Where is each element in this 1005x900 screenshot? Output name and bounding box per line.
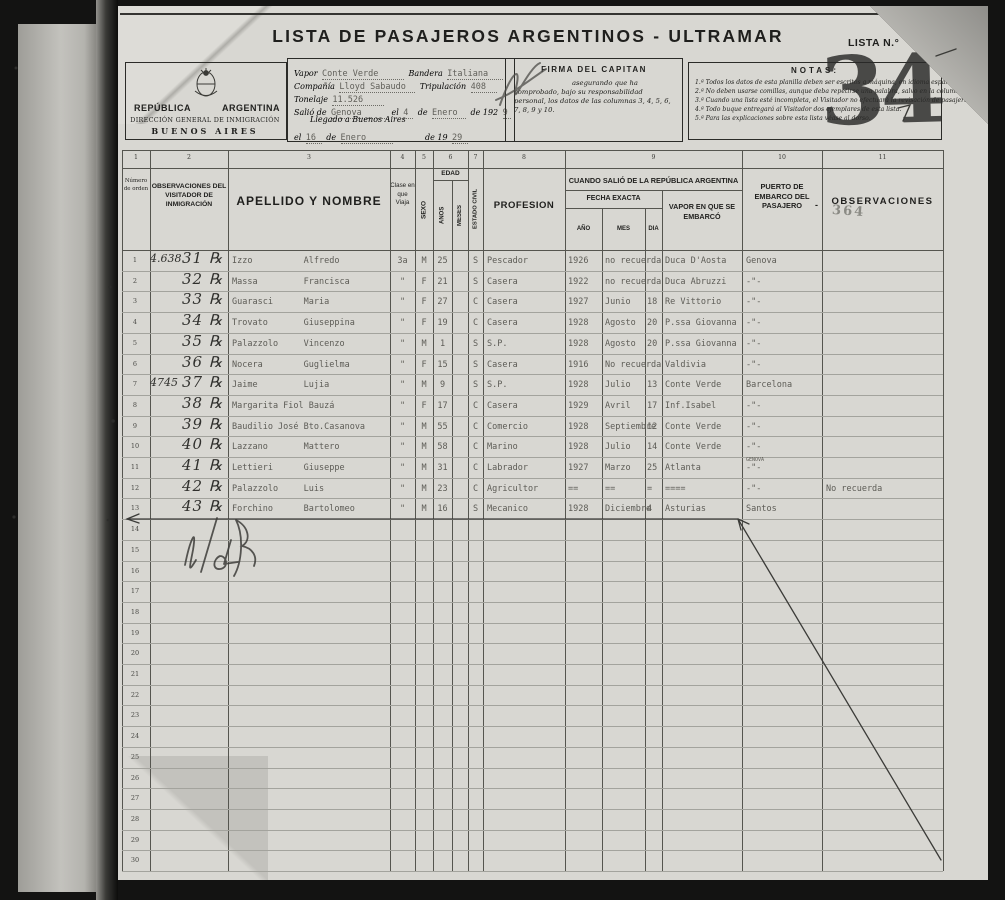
cell-prof: Labrador bbox=[487, 463, 528, 473]
column-number: 5 bbox=[415, 154, 433, 161]
captain-signature-box: FIRMA DEL CAPITAN asegurando que ha comp… bbox=[505, 58, 683, 142]
grid-hline bbox=[122, 457, 943, 458]
cell-name: Forchino Bartolomeo bbox=[232, 504, 355, 514]
cell-mes: Agosto bbox=[605, 318, 636, 328]
grid-hline bbox=[565, 190, 742, 191]
de-label: de bbox=[418, 108, 428, 117]
cell-vapor: P.ssa Giovanna bbox=[665, 339, 737, 349]
cell-sexo: M bbox=[415, 380, 433, 390]
cell-dia: = bbox=[647, 484, 652, 494]
cell-name: Massa Francisca bbox=[232, 277, 350, 287]
column-number: 4 bbox=[390, 154, 415, 161]
cell-name: Palazzolo Vincenzo bbox=[232, 339, 345, 349]
cell-puerto: -"- bbox=[746, 442, 761, 452]
argentina-label: ARGENTINA bbox=[222, 103, 280, 113]
column-number: 7 bbox=[468, 154, 483, 161]
cell-anios: 25 bbox=[433, 256, 452, 266]
cell-anio: 1927 bbox=[568, 463, 588, 473]
cell-puerto: Santos bbox=[746, 504, 777, 514]
cell-dia: 18 bbox=[647, 297, 657, 307]
cell-ec: C bbox=[468, 318, 483, 328]
cell-vapor: Valdivia bbox=[665, 360, 706, 370]
grid-hline bbox=[122, 623, 943, 624]
page-title: LISTA DE PASAJEROS ARGENTINOS - ULTRAMAR bbox=[208, 26, 848, 47]
cell-anios: 27 bbox=[433, 297, 452, 307]
cell-vapor: Re Vittorio bbox=[665, 297, 721, 307]
header-anios: AÑOS bbox=[434, 184, 451, 246]
cell-ec: S bbox=[468, 339, 483, 349]
cell-mes: No recuerda bbox=[605, 360, 661, 370]
grid-hline bbox=[122, 250, 943, 251]
cell-puerto: Genova bbox=[746, 256, 777, 266]
cell-name: Lettieri Giuseppe bbox=[232, 463, 345, 473]
llegado-de-label: de bbox=[326, 133, 336, 142]
cell-sexo: F bbox=[415, 277, 433, 287]
tripulacion-label: Tripulación bbox=[420, 82, 466, 91]
cell-puerto: -"- bbox=[746, 277, 761, 287]
grid-vline bbox=[565, 150, 566, 871]
cell-anio: 1929 bbox=[568, 401, 588, 411]
row-number: 11 bbox=[124, 463, 146, 471]
grid-hline bbox=[122, 168, 943, 169]
row-number: 28 bbox=[124, 815, 146, 823]
grid-hline bbox=[122, 478, 943, 479]
grid-hline bbox=[122, 395, 943, 396]
grid-hline bbox=[122, 540, 943, 541]
cell-ec: S bbox=[468, 360, 483, 370]
page-top-rule bbox=[120, 13, 980, 15]
cell-prof: S.P. bbox=[487, 380, 507, 390]
cell-puerto: -"- bbox=[746, 463, 761, 473]
cell-clase: " bbox=[390, 463, 415, 473]
cell-sexo: M bbox=[415, 442, 433, 452]
header-mes: MES bbox=[602, 226, 645, 232]
visitor-stamp-number: 32 ℞ bbox=[182, 270, 223, 288]
republica-label: REPÚBLICA bbox=[134, 103, 191, 113]
column-number: 6 bbox=[433, 154, 468, 161]
cell-anio: 1928 bbox=[568, 504, 588, 514]
cell-ec: S bbox=[468, 277, 483, 287]
visitor-hand-number: 4745 bbox=[150, 376, 178, 389]
row-number: 13 bbox=[124, 504, 146, 512]
grid-hline bbox=[122, 354, 943, 355]
cell-prof: Casera bbox=[487, 360, 518, 370]
header-edad: EDAD bbox=[433, 170, 468, 177]
cell-puerto: -"- bbox=[746, 339, 761, 349]
cell-prof: Casera bbox=[487, 297, 518, 307]
tripulacion-value: 408 bbox=[471, 82, 497, 93]
row-number: 19 bbox=[124, 629, 146, 637]
cell-anios: 21 bbox=[433, 277, 452, 287]
cell-dia: 12 bbox=[647, 422, 657, 432]
grid-vline bbox=[122, 150, 123, 871]
header-profesion: PROFESION bbox=[483, 200, 565, 211]
row-number: 25 bbox=[124, 753, 146, 761]
cell-name: Baudilio José Bto.Casanova bbox=[232, 422, 365, 432]
row-number: 22 bbox=[124, 691, 146, 699]
cell-puerto-small: GENOVA bbox=[746, 457, 764, 463]
row-number: 23 bbox=[124, 711, 146, 719]
header-puerto-embarco: PUERTO DE EMBARCO DEL PASAJERO bbox=[742, 182, 822, 211]
header-anio: AÑO bbox=[565, 226, 602, 232]
llegado-label: Llegado a Buenos Aires bbox=[310, 115, 406, 124]
issuer-box: REPÚBLICA ARGENTINA DIRECCIÓN GENERAL DE… bbox=[125, 62, 287, 140]
cell-clase: " bbox=[390, 401, 415, 411]
cell-dia: 14 bbox=[647, 442, 657, 452]
salio-mes-value: Enero bbox=[432, 108, 466, 119]
header-numero-orden: Número de orden bbox=[122, 178, 150, 193]
cell-puerto: -"- bbox=[746, 401, 761, 411]
cell-vapor: Conte Verde bbox=[665, 442, 721, 452]
row-number: 29 bbox=[124, 836, 146, 844]
cell-anios: 16 bbox=[433, 504, 452, 514]
cell-vapor: P.ssa Giovanna bbox=[665, 318, 737, 328]
cell-sexo: M bbox=[415, 339, 433, 349]
visitor-stamp-number: 34 ℞ bbox=[182, 311, 223, 329]
visitor-stamp-number: 42 ℞ bbox=[182, 477, 223, 495]
cell-prof: Casera bbox=[487, 318, 518, 328]
cell-anio: 1928 bbox=[568, 339, 588, 349]
cell-vapor: Conte Verde bbox=[665, 422, 721, 432]
cell-ec: C bbox=[468, 297, 483, 307]
cell-sexo: F bbox=[415, 360, 433, 370]
visitor-stamp-number: 41 ℞ bbox=[182, 456, 223, 474]
cell-sexo: F bbox=[415, 401, 433, 411]
header-sexo: SEXO bbox=[416, 174, 432, 246]
cell-sexo: M bbox=[415, 256, 433, 266]
cell-anio: 1927 bbox=[568, 297, 588, 307]
cell-anio: 1916 bbox=[568, 360, 588, 370]
grid-hline bbox=[122, 768, 943, 769]
cell-clase: " bbox=[390, 380, 415, 390]
column-number: 9 bbox=[565, 154, 742, 161]
stamp-364: 364 bbox=[832, 203, 866, 220]
row-number: 9 bbox=[124, 422, 146, 430]
row-number: 14 bbox=[124, 525, 146, 533]
cell-anio: 1928 bbox=[568, 318, 588, 328]
grid-hline bbox=[122, 416, 943, 417]
cell-anio: 1928 bbox=[568, 442, 588, 452]
cell-clase: " bbox=[390, 442, 415, 452]
cell-name: Jaime Lujia bbox=[232, 380, 329, 390]
visitor-stamp-number: 31 ℞ bbox=[182, 249, 223, 267]
cell-mes: Diciembre bbox=[605, 504, 651, 514]
cell-name: Izzo Alfredo bbox=[232, 256, 339, 266]
cell-vapor: Asturias bbox=[665, 504, 706, 514]
cell-prof: Agricultor bbox=[487, 484, 538, 494]
cell-anios: 31 bbox=[433, 463, 452, 473]
cell-mes: Julio bbox=[605, 380, 631, 390]
firma-title: FIRMA DEL CAPITAN bbox=[506, 65, 682, 74]
cell-clase: " bbox=[390, 484, 415, 494]
grid-hline bbox=[122, 664, 943, 665]
cell-vapor: Atlanta bbox=[665, 463, 701, 473]
cell-clase: " bbox=[390, 277, 415, 287]
scanned-passenger-list-photo: { "colors":{"paper":"#d8d7d2","ink":"#1f… bbox=[0, 0, 1005, 900]
grid-hline bbox=[122, 581, 943, 582]
grid-hline bbox=[122, 685, 943, 686]
cell-puerto: -"- bbox=[746, 484, 761, 494]
cell-vapor: Conte Verde bbox=[665, 380, 721, 390]
grid-hline bbox=[122, 871, 943, 872]
visitor-hand-number: 4.638 bbox=[150, 252, 182, 265]
grid-hline bbox=[122, 436, 943, 437]
grid-hline bbox=[433, 180, 468, 181]
cell-clase: " bbox=[390, 504, 415, 514]
grid-hline bbox=[122, 498, 943, 499]
grid-hline bbox=[122, 850, 943, 851]
cell-dia: 20 bbox=[647, 318, 657, 328]
grid-hline bbox=[122, 788, 943, 789]
header-dash: - bbox=[815, 200, 818, 210]
cell-vapor: Duca Abruzzi bbox=[665, 277, 726, 287]
cell-anios: 9 bbox=[433, 380, 452, 390]
grid-hline bbox=[122, 561, 943, 562]
grid-hline bbox=[122, 602, 943, 603]
row-number: 18 bbox=[124, 608, 146, 616]
cell-mes: Junio bbox=[605, 297, 631, 307]
grid-vline bbox=[228, 150, 229, 871]
header-dia: DIA bbox=[645, 226, 662, 232]
row-number: 27 bbox=[124, 794, 146, 802]
cell-mes: Julio bbox=[605, 442, 631, 452]
header-vapor-embarco: VAPOR EN QUE SE EMBARCÓ bbox=[662, 202, 742, 221]
cell-sexo: M bbox=[415, 463, 433, 473]
header-clase: Clase en que Viaja bbox=[390, 182, 415, 208]
cell-dia: 20 bbox=[647, 339, 657, 349]
cell-dia: 4 bbox=[647, 504, 652, 514]
cell-mes: == bbox=[605, 484, 615, 494]
row-number: 15 bbox=[124, 546, 146, 554]
cell-sexo: F bbox=[415, 318, 433, 328]
cell-name: Nocera Guglielma bbox=[232, 360, 350, 370]
cell-name: Guarasci Maria bbox=[232, 297, 329, 307]
de19-label: de 19 bbox=[425, 133, 448, 142]
row-number: 30 bbox=[124, 856, 146, 864]
cell-clase: " bbox=[390, 422, 415, 432]
previous-page-edge bbox=[18, 24, 96, 892]
cell-clase: " bbox=[390, 297, 415, 307]
visitor-stamp-number: 35 ℞ bbox=[182, 332, 223, 350]
cell-dia: 13 bbox=[647, 380, 657, 390]
cell-clase: " bbox=[390, 318, 415, 328]
visitor-stamp-number: 39 ℞ bbox=[182, 415, 223, 433]
llegado-mes-value: Enero bbox=[341, 133, 393, 144]
row-number: 17 bbox=[124, 587, 146, 595]
cell-ec: S bbox=[468, 256, 483, 266]
cell-mes: Agosto bbox=[605, 339, 636, 349]
cell-anios: 19 bbox=[433, 318, 452, 328]
column-number: 11 bbox=[822, 154, 943, 161]
grid-hline bbox=[122, 705, 943, 706]
cell-sexo: F bbox=[415, 297, 433, 307]
cell-prof: Pescador bbox=[487, 256, 528, 266]
grid-vline bbox=[943, 150, 944, 871]
de192-label: de 192 bbox=[470, 108, 498, 117]
firma-body: asegurando que ha comprobado, bajo su re… bbox=[514, 79, 674, 115]
cell-name: Margarita Fiol Bauzá bbox=[232, 401, 334, 411]
row-number: 4 bbox=[124, 318, 146, 326]
cell-ec: S bbox=[468, 380, 483, 390]
cell-anios: 23 bbox=[433, 484, 452, 494]
row-number: 2 bbox=[124, 277, 146, 285]
grid-vline bbox=[483, 150, 484, 871]
cell-name: Palazzolo Luis bbox=[232, 484, 324, 494]
column-number: 1 bbox=[122, 154, 150, 161]
column-number: 10 bbox=[742, 154, 822, 161]
visitor-stamp-number: 36 ℞ bbox=[182, 353, 223, 371]
header-estado-civil: ESTADO CIVIL bbox=[469, 172, 482, 246]
cell-mes: Marzo bbox=[605, 463, 631, 473]
grid-hline bbox=[122, 271, 943, 272]
cell-anio: 1928 bbox=[568, 422, 588, 432]
grid-hline bbox=[122, 312, 943, 313]
cell-vapor: Inf.Isabel bbox=[665, 401, 716, 411]
cell-anio: 1922 bbox=[568, 277, 588, 287]
row-number: 5 bbox=[124, 339, 146, 347]
row-number: 21 bbox=[124, 670, 146, 678]
grid-hline bbox=[122, 291, 943, 292]
llegado-dia-value: 16 bbox=[306, 133, 322, 144]
direccion-label: DIRECCIÓN GENERAL DE INMIGRACIÓN bbox=[128, 116, 282, 124]
buenos-aires-label: BUENOS AIRES bbox=[128, 126, 282, 136]
cell-ec: C bbox=[468, 401, 483, 411]
row-number: 26 bbox=[124, 774, 146, 782]
cell-anio: 1928 bbox=[568, 380, 588, 390]
cell-vapor: ==== bbox=[665, 484, 685, 494]
row-number: 1 bbox=[124, 256, 146, 264]
cell-anio: == bbox=[568, 484, 578, 494]
llegado-line: el 16 de Enero de 19 29 bbox=[294, 127, 468, 145]
cell-prof: Casera bbox=[487, 401, 518, 411]
grid-hline bbox=[122, 809, 943, 810]
vessel-info-box: Vapor Conte Verde Bandera Italiana Compa… bbox=[287, 58, 515, 142]
grid-hline bbox=[565, 208, 662, 209]
cell-ec: S bbox=[468, 504, 483, 514]
cell-mes: no recuerda bbox=[605, 256, 661, 266]
row-number: 6 bbox=[124, 360, 146, 368]
visitor-stamp-number: 38 ℞ bbox=[182, 394, 223, 412]
row-number: 10 bbox=[124, 442, 146, 450]
cell-ec: C bbox=[468, 463, 483, 473]
cell-sexo: M bbox=[415, 484, 433, 494]
cell-prof: Marino bbox=[487, 442, 518, 452]
book-binding-gutter bbox=[96, 0, 118, 900]
column-number: 2 bbox=[150, 154, 228, 161]
row-number: 7 bbox=[124, 380, 146, 388]
grid-hline bbox=[122, 726, 943, 727]
row-number: 24 bbox=[124, 732, 146, 740]
cell-puerto: Barcelona bbox=[746, 380, 792, 390]
cell-ec: C bbox=[468, 484, 483, 494]
cell-mes: no recuerda bbox=[605, 277, 661, 287]
visitor-stamp-number: 33 ℞ bbox=[182, 290, 223, 308]
grid-hline bbox=[122, 333, 943, 334]
cell-prof: Mecanico bbox=[487, 504, 528, 514]
cell-anios: 17 bbox=[433, 401, 452, 411]
header-meses: MESES bbox=[453, 184, 467, 246]
cell-anios: 58 bbox=[433, 442, 452, 452]
header-fecha-exacta: FECHA EXACTA bbox=[565, 195, 662, 202]
row-number: 8 bbox=[124, 401, 146, 409]
cell-anios: 15 bbox=[433, 360, 452, 370]
cell-clase: 3a bbox=[390, 256, 415, 266]
grid-vline bbox=[822, 150, 823, 871]
cell-anios: 55 bbox=[433, 422, 452, 432]
cell-puerto: -"- bbox=[746, 297, 761, 307]
grid-hline bbox=[122, 643, 943, 644]
header-apellido-nombre: APELLIDO Y NOMBRE bbox=[228, 194, 390, 208]
cell-sexo: M bbox=[415, 422, 433, 432]
cell-prof: Casera bbox=[487, 277, 518, 287]
cell-puerto: -"- bbox=[746, 422, 761, 432]
cell-sexo: M bbox=[415, 504, 433, 514]
grid-hline bbox=[122, 830, 943, 831]
cell-name: Trovato Giuseppina bbox=[232, 318, 355, 328]
visitor-stamp-number: 40 ℞ bbox=[182, 435, 223, 453]
cell-puerto: -"- bbox=[746, 360, 761, 370]
row-number: 16 bbox=[124, 567, 146, 575]
column-number: 3 bbox=[228, 154, 390, 161]
cell-puerto: -"- bbox=[746, 318, 761, 328]
cell-obs: No recuerda bbox=[826, 484, 882, 494]
visitor-stamp-number: 37 ℞ bbox=[182, 373, 223, 391]
grid-vline bbox=[742, 150, 743, 871]
header-cuando-salio: CUANDO SALIÓ DE LA REPÚBLICA ARGENTINA bbox=[565, 176, 742, 185]
row-number: 12 bbox=[124, 484, 146, 492]
row-number: 20 bbox=[124, 649, 146, 657]
row-number: 3 bbox=[124, 297, 146, 305]
cell-ec: C bbox=[468, 442, 483, 452]
grid-hline bbox=[122, 150, 943, 151]
cell-name: Lazzano Mattero bbox=[232, 442, 339, 452]
cell-anio: 1926 bbox=[568, 256, 588, 266]
cell-dia: 17 bbox=[647, 401, 657, 411]
header-observaciones-visitador: OBSERVACIONES DEL VISITADOR DE INMIGRACI… bbox=[151, 182, 227, 209]
cell-prof: S.P. bbox=[487, 339, 507, 349]
llegado-anio-value: 29 bbox=[452, 133, 468, 144]
cell-clase: " bbox=[390, 339, 415, 349]
cell-anios: 1 bbox=[433, 339, 452, 349]
cell-vapor: Duca D'Aosta bbox=[665, 256, 726, 266]
cell-prof: Comercio bbox=[487, 422, 528, 432]
column-number: 8 bbox=[483, 154, 565, 161]
grid-hline bbox=[122, 374, 943, 375]
cell-mes: Avril bbox=[605, 401, 631, 411]
cell-clase: " bbox=[390, 360, 415, 370]
coat-of-arms-icon bbox=[188, 65, 224, 99]
grid-hline bbox=[122, 747, 943, 748]
llegado-el-label: el bbox=[294, 133, 301, 142]
visitor-stamp-number: 43 ℞ bbox=[182, 497, 223, 515]
grid-hline bbox=[122, 519, 943, 520]
cell-ec: C bbox=[468, 422, 483, 432]
cell-dia: 25 bbox=[647, 463, 657, 473]
